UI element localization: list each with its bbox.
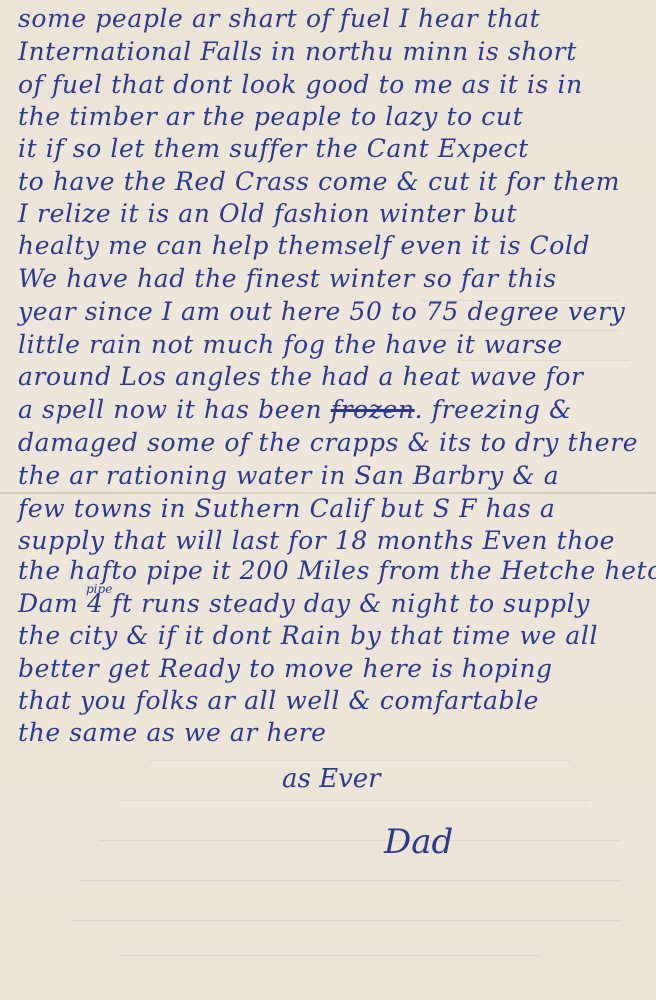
signature: Dad (384, 822, 453, 862)
letter-line: International Falls in northu minn is sh… (18, 37, 577, 67)
letter-line: to have the Red Crass come & cut it for … (18, 167, 620, 197)
letter-line: around Los angles the had a heat wave fo… (18, 362, 584, 392)
letter-line: little rain not much fog the have it war… (18, 330, 563, 360)
letter-line: damaged some of the crapps & its to dry … (18, 428, 638, 458)
letter-line: the same as we ar here (18, 718, 327, 748)
letter-text: a spell now it has been (18, 395, 322, 424)
letter-line: Dam 4 ft runs steady day & night to supp… (18, 589, 590, 619)
letter-line: it if so let them suffer the Cant Expect (18, 134, 529, 164)
letter-line: the ar rationing water in San Barbry & a (18, 461, 559, 491)
letter-line: few towns in Suthern Calif but S F has a (18, 494, 555, 524)
letter-line: the timber ar the peaple to lazy to cut (18, 102, 523, 132)
letter-line-with-correction: a spell now it has been frozen. freezing… (18, 395, 572, 425)
letter-line: supply that will last for 18 months Even… (18, 526, 615, 556)
letter-line: I relize it is an Old fashion winter but (18, 199, 517, 229)
letter-line: better get Ready to move here is hoping (18, 654, 553, 684)
letter-line: healty me can help themself even it is C… (18, 231, 590, 261)
letter-line: We have had the finest winter so far thi… (18, 264, 557, 294)
letter-line: of fuel that dont look good to me as it … (18, 70, 583, 100)
crossed-out-word: frozen (331, 395, 415, 424)
letter-line: the hafto pipe it 200 Miles from the Het… (18, 556, 656, 586)
letter-text: . freezing & (415, 395, 572, 424)
letter-line: that you folks ar all well & comfartable (18, 686, 539, 716)
closing-phrase: as Ever (282, 764, 381, 794)
letter-line: year since I am out here 50 to 75 degree… (18, 297, 625, 327)
letter-line: the city & if it dont Rain by that time … (18, 621, 598, 651)
letter-line: some peaple ar shart of fuel I hear that (18, 4, 540, 34)
